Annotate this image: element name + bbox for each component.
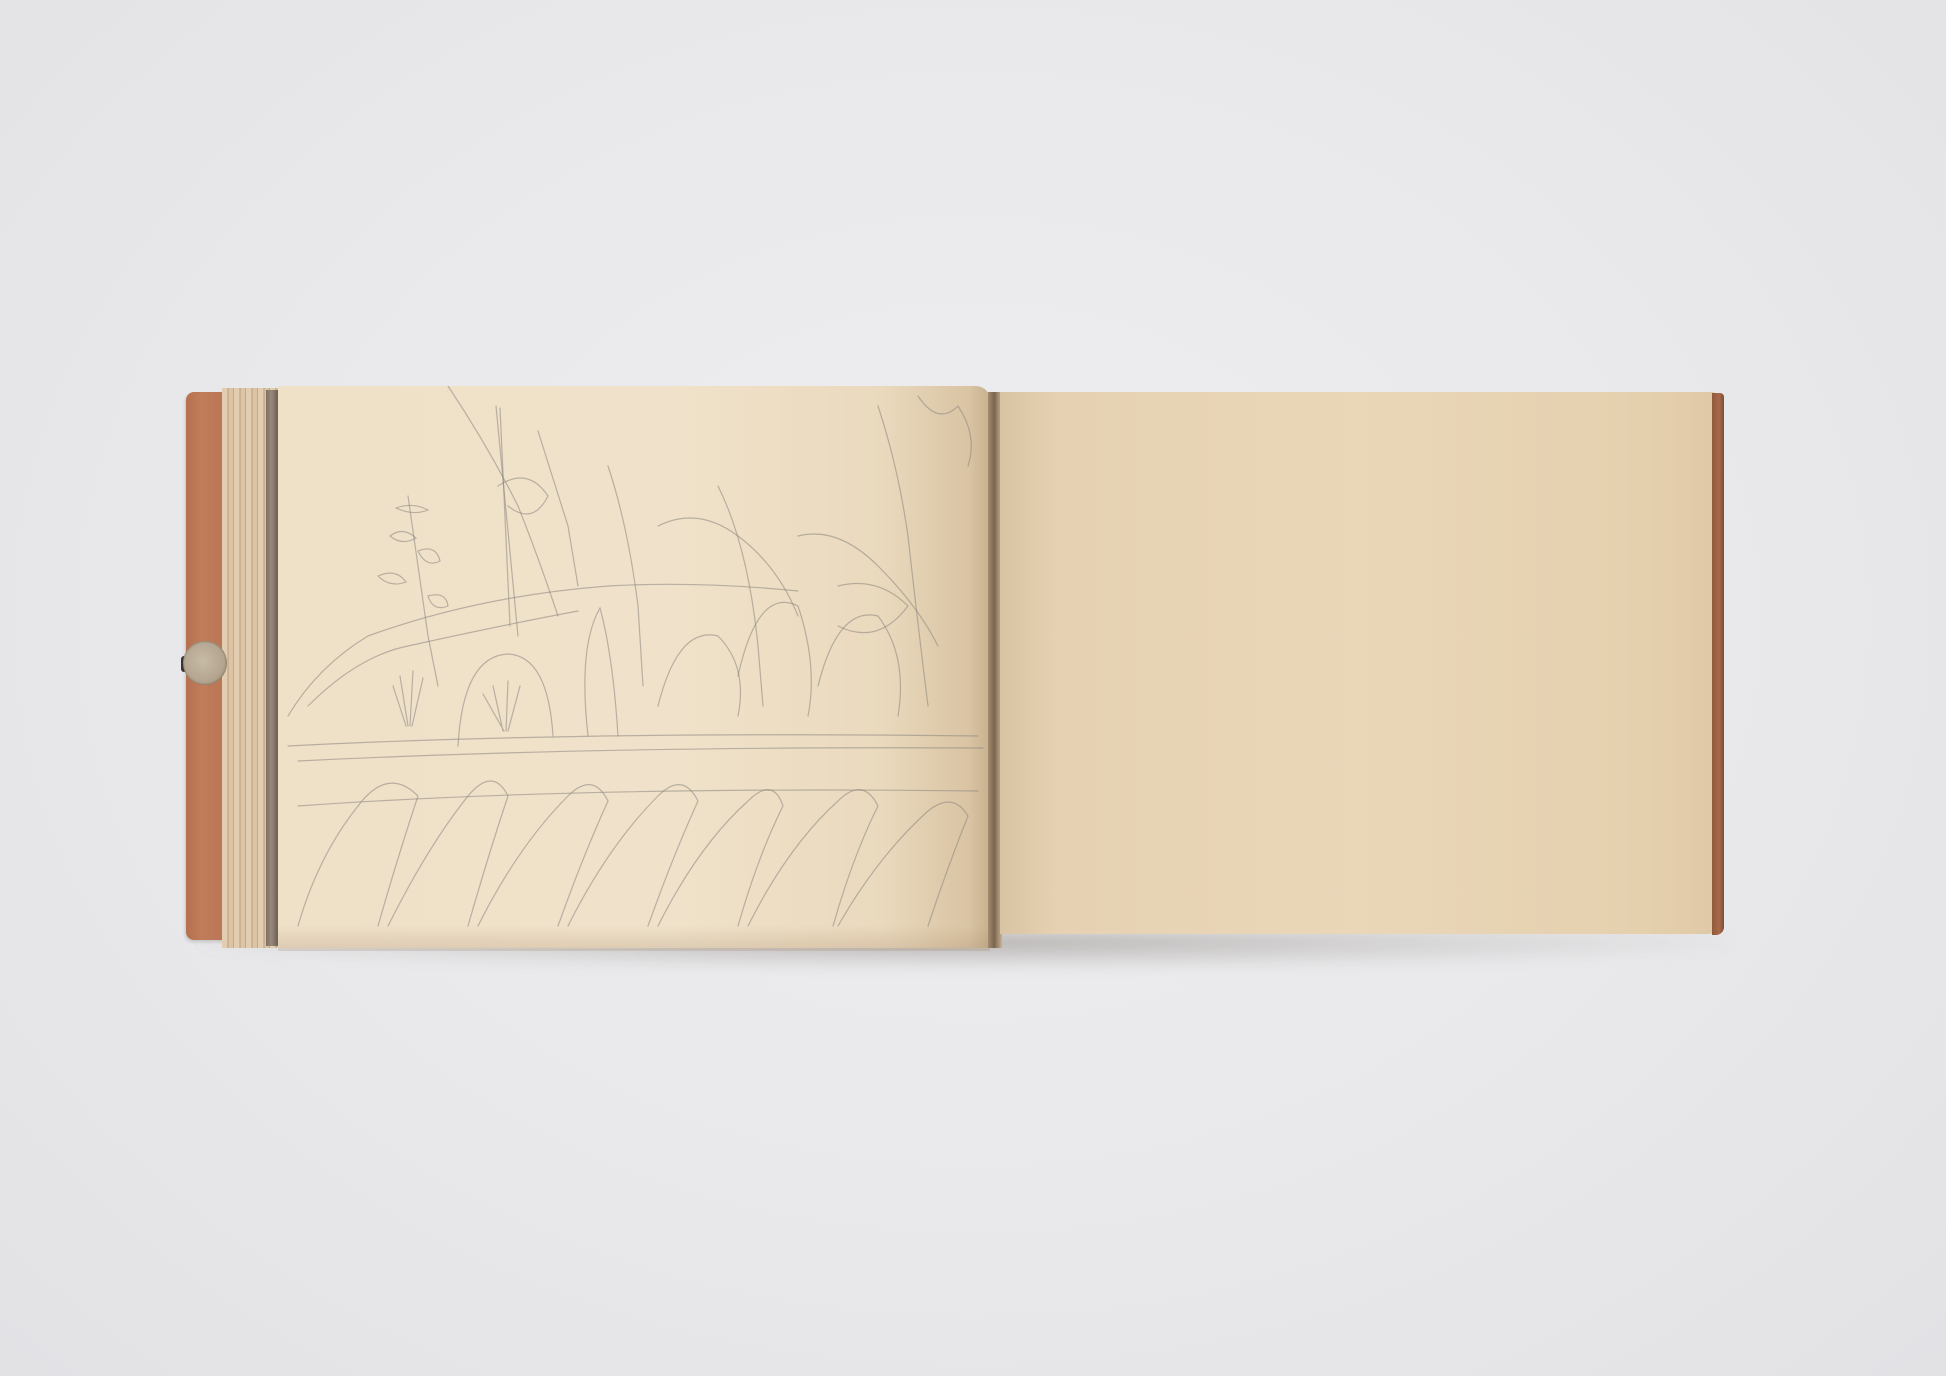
left-page-sketch xyxy=(278,386,990,948)
photo-scene: Open antique sketchbook photographed fro… xyxy=(0,0,1946,1376)
sketchbook-cover-right xyxy=(1712,393,1724,935)
right-page-blank xyxy=(1000,392,1718,934)
page-stack-dark-edge xyxy=(266,390,278,946)
left-page-curl xyxy=(278,925,990,951)
clasp-snap-icon xyxy=(183,641,227,685)
